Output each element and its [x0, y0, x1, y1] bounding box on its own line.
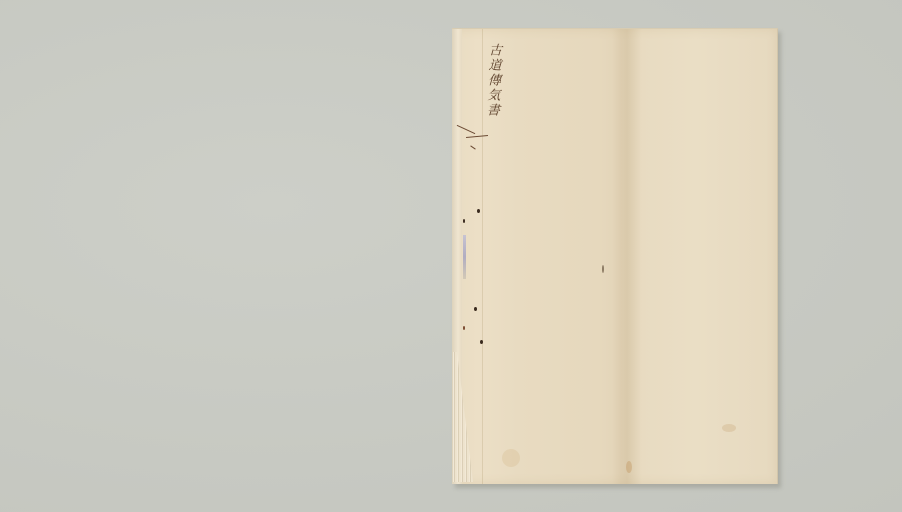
- stain: [626, 461, 632, 473]
- stain: [722, 424, 736, 432]
- book-cover: 古道傳気書: [452, 28, 778, 484]
- binding-hole: [480, 340, 483, 344]
- binding-hole: [463, 326, 465, 330]
- ink-stroke: [466, 135, 488, 138]
- stain: [502, 449, 520, 467]
- center-fold: [612, 29, 642, 484]
- binding-hole: [463, 219, 465, 223]
- binding-thread: [463, 235, 466, 279]
- binding-hole: [477, 209, 480, 213]
- handwritten-title: 古道傳気書: [485, 43, 501, 118]
- stain: [602, 265, 604, 273]
- binding-crease: [482, 29, 483, 484]
- page-edges: [453, 352, 473, 482]
- ink-stroke: [470, 145, 475, 149]
- binding-hole: [474, 307, 477, 311]
